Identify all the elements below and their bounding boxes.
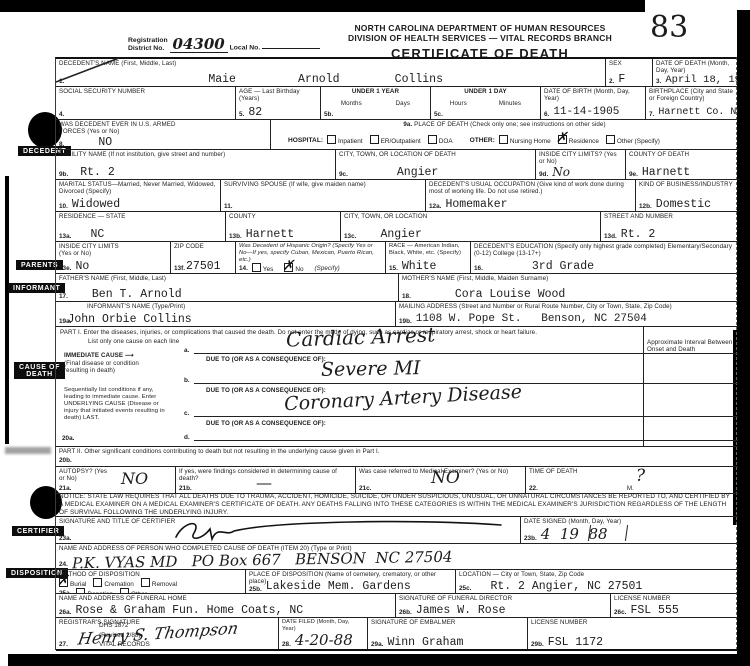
cause-line-a <box>194 353 738 354</box>
row-place-of-death: WAS DECEDENT EVER IN U.S. ARMED FORCES (… <box>56 120 738 150</box>
registration-district-value: 04300 <box>170 37 228 53</box>
field-zip-code: ZIP CODE 13f. 27501 <box>171 242 236 273</box>
scan-left-line <box>5 176 9 444</box>
father-name-value: Ben T. Arnold <box>72 289 182 301</box>
row-certifier: SIGNATURE AND TITLE OF CERTIFIER 23a. DA… <box>56 517 738 544</box>
occupation-value: Homemaker <box>445 199 507 211</box>
field-embalmer-license: LICENSE NUMBER 29b. FSL 1172 <box>528 618 738 649</box>
completed-by-value: P.K. VYAS MD PO Box 667 BENSON NC 27504 <box>72 550 453 569</box>
checkbox-er-outpatient: ER/Outpatient <box>370 135 421 145</box>
zip-value: 27501 <box>186 261 221 273</box>
field-armed-forces: WAS DECEDENT EVER IN U.S. ARMED FORCES (… <box>56 120 271 149</box>
residence-city-value: Angier <box>360 229 421 241</box>
autopsy-value: NO <box>121 471 148 487</box>
age-value: 82 <box>248 107 262 119</box>
registration-label2: District No. <box>128 45 164 52</box>
place-of-disposition-value: Lakeside Mem. Gardens <box>266 581 411 593</box>
checkbox-cremation: Cremation <box>93 578 133 588</box>
checkbox-removal: Removal <box>141 578 177 588</box>
row-residence: RESIDENCE — STATE 13a. NC COUNTY 13b. Ha… <box>56 212 738 242</box>
field-residence-state: RESIDENCE — STATE 13a. NC <box>56 212 226 241</box>
field-registrar-signature: REGISTRAR'S SIGNATURE 27. Henry S. Thomp… <box>56 618 279 649</box>
field-disposition-location: LOCATION — City or Town, State, Zip Code… <box>456 570 738 593</box>
field-certifier-signature: SIGNATURE AND TITLE OF CERTIFIER 23a. <box>56 517 521 543</box>
row-completed-by: NAME AND ADDRESS OF PERSON WHO COMPLETED… <box>56 544 738 570</box>
facility-value: Rt. 2 <box>72 167 115 179</box>
field-date-of-birth: DATE OF BIRTH (Month, Day, Year) 6. 11-1… <box>541 87 646 119</box>
time-of-death-value: ? <box>636 468 645 485</box>
checkbox-residence-checked: Residence <box>558 135 599 145</box>
row-zip-race-education: INSIDE CITY LIMITS (Yes or No) 13e. No Z… <box>56 242 738 274</box>
certificate-form: DECEDENT'S NAME (First, Middle, Last) 1.… <box>55 57 737 650</box>
field-date-of-death: DATE OF DEATH (Month, Day, Year) 3. Apri… <box>653 59 738 86</box>
underlying-cause-instructions: Sequentially list conditions if any, lea… <box>64 387 172 422</box>
field-under-1-year: UNDER 1 YEAR MonthsDays 5b. <box>321 87 431 119</box>
disposition-location-value: Rt. 2 Angier, NC 27501 <box>475 581 642 593</box>
checkbox-other-disposition: Other <box>120 588 147 593</box>
checkbox-nursing-home: Nursing Home <box>499 135 551 145</box>
funeral-license-value: FSL 555 <box>630 605 678 617</box>
local-no-label: Local No. <box>230 44 261 51</box>
mother-name-value: Cora Louise Wood <box>415 289 565 301</box>
field-funeral-license: LICENSE NUMBER 26c. FSL 555 <box>611 594 738 617</box>
findings-value: — <box>256 475 272 491</box>
county-of-death-value: Harnett <box>642 167 690 179</box>
row-marital: MARITAL STATUS—Married, Never Married, W… <box>56 180 738 212</box>
row-disposition: METHOD OF DISPOSITION Burial Cremation R… <box>56 570 738 594</box>
residence-icl-value: No <box>75 261 89 273</box>
city-of-death-value: Angier <box>352 167 438 179</box>
field-mother-name: MOTHER'S NAME (First, Middle, Maiden Sur… <box>399 274 738 301</box>
certifier-signature-scrawl <box>156 517 506 543</box>
business-value: Domestic <box>656 199 711 211</box>
cause-line-c <box>194 416 738 417</box>
field-age: AGE — Last Birthday (Years) 5. 82 <box>236 87 321 119</box>
field-ssn: SOCIAL SECURITY NUMBER 4. <box>56 87 236 119</box>
date-filed-value: 4-20-88 <box>295 633 353 648</box>
part2-label: PART II. Other significant conditions co… <box>59 448 735 455</box>
cause-b-value: Severe MI <box>321 359 421 380</box>
residence-state-value: NC <box>75 229 104 241</box>
field-occupation: DECEDENT'S USUAL OCCUPATION (Give kind o… <box>426 180 636 211</box>
field-race: RACE — American Indian, Black, White, et… <box>386 242 471 273</box>
funeral-home-value: Rose & Graham Fun. Home Coats, NC <box>75 605 303 617</box>
field-business-industry: KIND OF BUSINESS/INDUSTRY 12b. Domestic <box>636 180 738 211</box>
field-informant-name: INFORMANT'S NAME (Type/Print) 19a. John … <box>56 302 396 326</box>
checkbox-other-specify: Other (Specify) <box>606 135 660 145</box>
scan-bottom-bar <box>8 654 750 666</box>
field-sex: SEX 2. F <box>606 59 653 86</box>
field-county-of-death: COUNTY OF DEATH 9e. Harnett <box>626 150 738 179</box>
field-inside-city-limits-death: INSIDE CITY LIMITS? (Yes or No) 9d. No <box>536 150 626 179</box>
birthplace-value: Harnett Co. NC <box>658 108 738 118</box>
part1-interval-column: Approximate Interval Between Onset and D… <box>643 327 738 447</box>
decedent-name-value: Maie Arnold Collins <box>68 74 443 86</box>
field-city-of-death: CITY, TOWN, OR LOCATION OF DEATH 9c. Ang… <box>336 150 536 179</box>
local-no-blank <box>262 40 320 49</box>
armed-forces-value: NO <box>68 137 112 149</box>
field-residence-city: CITY, TOWN, OR LOCATION 13c. Angier <box>341 212 601 241</box>
row-ssn-age-dob: SOCIAL SECURITY NUMBER 4. AGE — Last Bir… <box>56 87 738 120</box>
field-time-of-death: TIME OF DEATH 22. M. ? <box>526 467 738 493</box>
registration-label1: Registration <box>128 37 168 44</box>
cause-line-d <box>194 440 738 441</box>
field-date-filed: DATE FILED (Month, Day, Year) 28. 4-20-8… <box>279 618 368 649</box>
funeral-director-value: James W. Rose <box>416 605 506 617</box>
row-registrar: REGISTRAR'S SIGNATURE 27. Henry S. Thomp… <box>56 618 738 651</box>
checkbox-inpatient: Inpatient <box>327 135 363 145</box>
scan-top-bar <box>0 0 645 12</box>
embalmer-value: Winn Graham <box>387 637 463 649</box>
date-signed-value: 4 19 88 <box>541 527 608 542</box>
marital-value: Widowed <box>72 199 120 211</box>
checkbox-burial-checked: Burial <box>59 578 86 588</box>
mailing-address-value: 1108 W. Pope St. Benson, NC 27504 <box>416 314 647 325</box>
field-residence-icl: INSIDE CITY LIMITS (Yes or No) 13e. No <box>56 242 171 273</box>
field-hispanic-origin: Was Decedent of Hispanic Origin? (Specif… <box>236 242 386 273</box>
embalmer-license-value: FSL 1172 <box>548 637 603 649</box>
page-number: 83 <box>650 10 688 45</box>
education-value: 3rd Grade <box>487 261 594 273</box>
icl-death-value: No <box>552 166 570 178</box>
field-embalmer: SIGNATURE OF EMBALMER 29a. Winn Graham <box>368 618 528 649</box>
cause-a-value: Cardiac Arrest <box>286 324 436 349</box>
field-completed-by: NAME AND ADDRESS OF PERSON WHO COMPLETED… <box>56 544 738 569</box>
field-place-of-disposition: PLACE OF DISPOSITION (Name of cemetery, … <box>246 570 456 593</box>
field-method-of-disposition: METHOD OF DISPOSITION Burial Cremation R… <box>56 570 246 593</box>
death-certificate-scan: NORTH CAROLINA DEPARTMENT OF HUMAN RESOU… <box>0 0 750 666</box>
field-mailing-address: MAILING ADDRESS (Street and Number or Ru… <box>396 302 738 326</box>
field-residence-street: STREET AND NUMBER 13d. Rt. 2 <box>601 212 738 241</box>
row-parents: FATHER'S NAME (First, Middle, Last) 17. … <box>56 274 738 302</box>
field-facility-name: FACILITY NAME (If not institution, give … <box>56 150 336 179</box>
field-residence-county: COUNTY 13b. Harnett <box>226 212 341 241</box>
residence-county-value: Harnett <box>246 229 294 241</box>
field-under-1-day: UNDER 1 DAY HoursMinutes 5c. <box>431 87 541 119</box>
field-place-of-death: 9a. PLACE OF DEATH (Check only one; see … <box>271 120 738 149</box>
date-of-birth-value: 11-14-1905 <box>553 107 619 118</box>
registration-block: Registration District No. 04300 Local No… <box>128 37 320 53</box>
checkbox-doa: DOA <box>428 135 453 145</box>
checkbox-hispanic-no-checked: No <box>284 263 303 273</box>
field-funeral-home: NAME AND ADDRESS OF FUNERAL HOME 26a. Ro… <box>56 594 396 617</box>
row-facility: FACILITY NAME (If not institution, give … <box>56 150 738 180</box>
row-notice: NOTICE: STATE LAW REQUIRES THAT ALL DEAT… <box>56 494 738 517</box>
part2-section: PART II. Other significant conditions co… <box>56 447 738 467</box>
field-funeral-director: SIGNATURE OF FUNERAL DIRECTOR 26b. James… <box>396 594 611 617</box>
field-findings-considered: If yes, were findings considered in dete… <box>176 467 356 493</box>
part1-cause-of-death: PART I. Enter the diseases, injuries, or… <box>56 327 738 447</box>
date-of-death-value: April 18, 1988 <box>665 75 738 86</box>
field-birthplace: BIRTHPLACE (City and State or Foreign Co… <box>646 87 738 119</box>
smudged-label <box>5 447 51 454</box>
immediate-cause-label: IMMEDIATE CAUSE ⟶ <box>64 352 134 359</box>
residence-street-value: Rt. 2 <box>621 229 656 241</box>
medical-examiner-notice: NOTICE: STATE LAW REQUIRES THAT ALL DEAT… <box>59 494 735 516</box>
row-funeral-home: NAME AND ADDRESS OF FUNERAL HOME 26a. Ro… <box>56 594 738 618</box>
field-autopsy: AUTOPSY? (Yes or No) 21a. NO <box>56 467 176 493</box>
field-surviving-spouse: SURVIVING SPOUSE (If wife, give maiden n… <box>221 180 426 211</box>
field-medical-examiner-referral: Was case referred to Medical Examiner? (… <box>356 467 526 493</box>
checkbox-donation: Donation <box>76 588 113 593</box>
field-father-name: FATHER'S NAME (First, Middle, Last) 17. … <box>56 274 399 301</box>
sex-value: F <box>618 74 625 86</box>
field-decedent-name: DECEDENT'S NAME (First, Middle, Last) 1.… <box>56 59 606 86</box>
informant-name-value: John Orbie Collins <box>67 314 191 326</box>
field-education: DECEDENT'S EDUCATION (Specify only highe… <box>471 242 738 273</box>
row-autopsy: AUTOPSY? (Yes or No) 21a. NO If yes, wer… <box>56 467 738 494</box>
row-decedent-name: DECEDENT'S NAME (First, Middle, Last) 1.… <box>56 59 738 87</box>
field-marital-status: MARITAL STATUS—Married, Never Married, W… <box>56 180 221 211</box>
checkbox-hispanic-yes: Yes <box>252 263 273 273</box>
race-value: White <box>402 261 437 273</box>
field-date-signed: DATE SIGNED (Month, Day, Year) 23b. 4 19… <box>521 517 738 543</box>
referral-value: NO <box>431 470 460 487</box>
